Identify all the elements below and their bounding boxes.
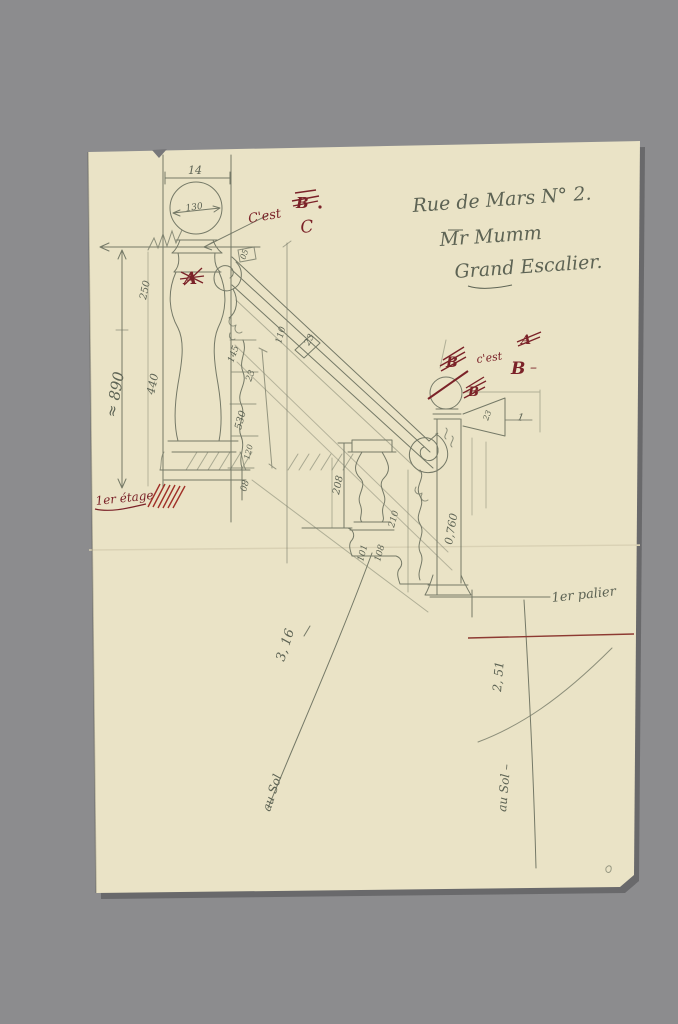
dim-14: 14 [188, 164, 202, 177]
dash-note: – [530, 360, 537, 376]
letter-b-note: B [510, 359, 525, 379]
dim-251: 2, 51 [490, 661, 507, 694]
scanned-sketch-page: Rue de Mars N° 2. Mr Mumm Grand Escalier… [0, 0, 678, 1024]
letter-c-note: C [299, 217, 314, 238]
sketch-canvas: Rue de Mars N° 2. Mr Mumm Grand Escalier… [0, 0, 678, 1024]
